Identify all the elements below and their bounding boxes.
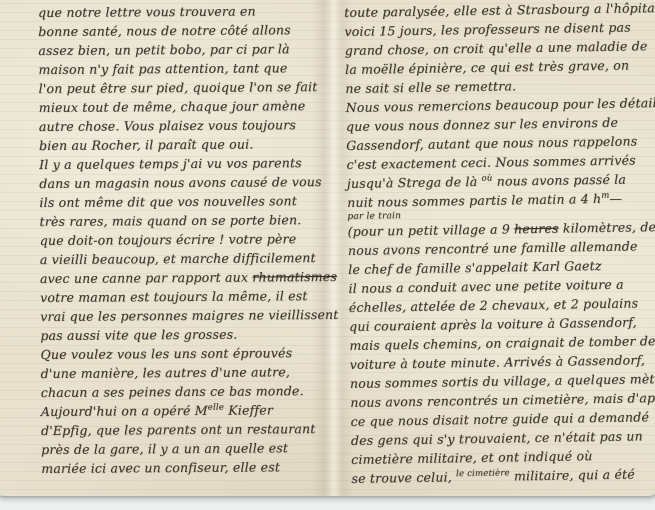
letter-line: avec une canne par rapport aux rhumatism… xyxy=(40,267,328,288)
letter-line: que doit-on toujours écrire ! votre père xyxy=(40,229,328,250)
letter-line: mariée ici avec un confiseur, elle est xyxy=(41,457,329,478)
letter-line: votre maman est toujours la même, il est xyxy=(40,286,328,307)
letter-line: que notre lettre vous trouvera en xyxy=(38,1,326,22)
scan-background: que notre lettre vous trouvera enbonne s… xyxy=(0,0,655,510)
letter-line: Que voulez vous les uns sont éprouvés xyxy=(40,343,328,364)
letter-line: vrai que les personnes maigres ne vieill… xyxy=(40,305,328,326)
letter-line: maison n'y fait pas attention, tant que xyxy=(38,58,326,79)
letter-line: mieux tout de même, chaque jour amène xyxy=(39,96,327,117)
letter-line: ils ont même dit que vos nouvelles sont xyxy=(39,191,327,212)
letter-line: assez bien, un petit bobo, par ci par là xyxy=(38,39,326,60)
letter-line: dans un magasin nous avons causé de vous xyxy=(39,172,327,193)
letter-line: pas aussi vite que les grosses. xyxy=(40,324,328,345)
letter-line: très rares, mais quand on se porte bien. xyxy=(39,210,327,231)
letter-line: bonne santé, nous de notre côté allons xyxy=(38,20,326,41)
letter-line: bien au Rocher, il paraît que oui. xyxy=(39,134,327,155)
letter-line: Il y a quelques temps j'ai vu vos parent… xyxy=(39,153,327,174)
letter-line: l'on peut être sur pied, quoique l'on se… xyxy=(39,77,327,98)
letter-line: près de la gare, il y a un an quelle est xyxy=(41,438,329,459)
letter-line: d'Epfig, que les parents ont un restaura… xyxy=(41,419,329,440)
letter-page-right: toute paralysée, elle est à Strasbourg a… xyxy=(344,0,655,488)
letter-line: chacun a ses peines dans ce bas monde. xyxy=(41,381,329,402)
letter-line: d'une manière, les autres d'une autre, xyxy=(41,362,329,383)
letter-page-left: que notre lettre vous trouvera enbonne s… xyxy=(38,1,329,478)
letter-scan-viewport: { "document": { "language_visible": "Fre… xyxy=(0,0,655,510)
letter-line: a vieilli beaucoup, et marche difficilem… xyxy=(40,248,328,269)
letter-line: Aujourd'hui on a opéré Melle Kieffer xyxy=(41,400,329,421)
letter-line: autre chose. Vous plaisez vous toujours xyxy=(39,115,327,136)
letter-paper: que notre lettre vous trouvera enbonne s… xyxy=(0,0,655,496)
